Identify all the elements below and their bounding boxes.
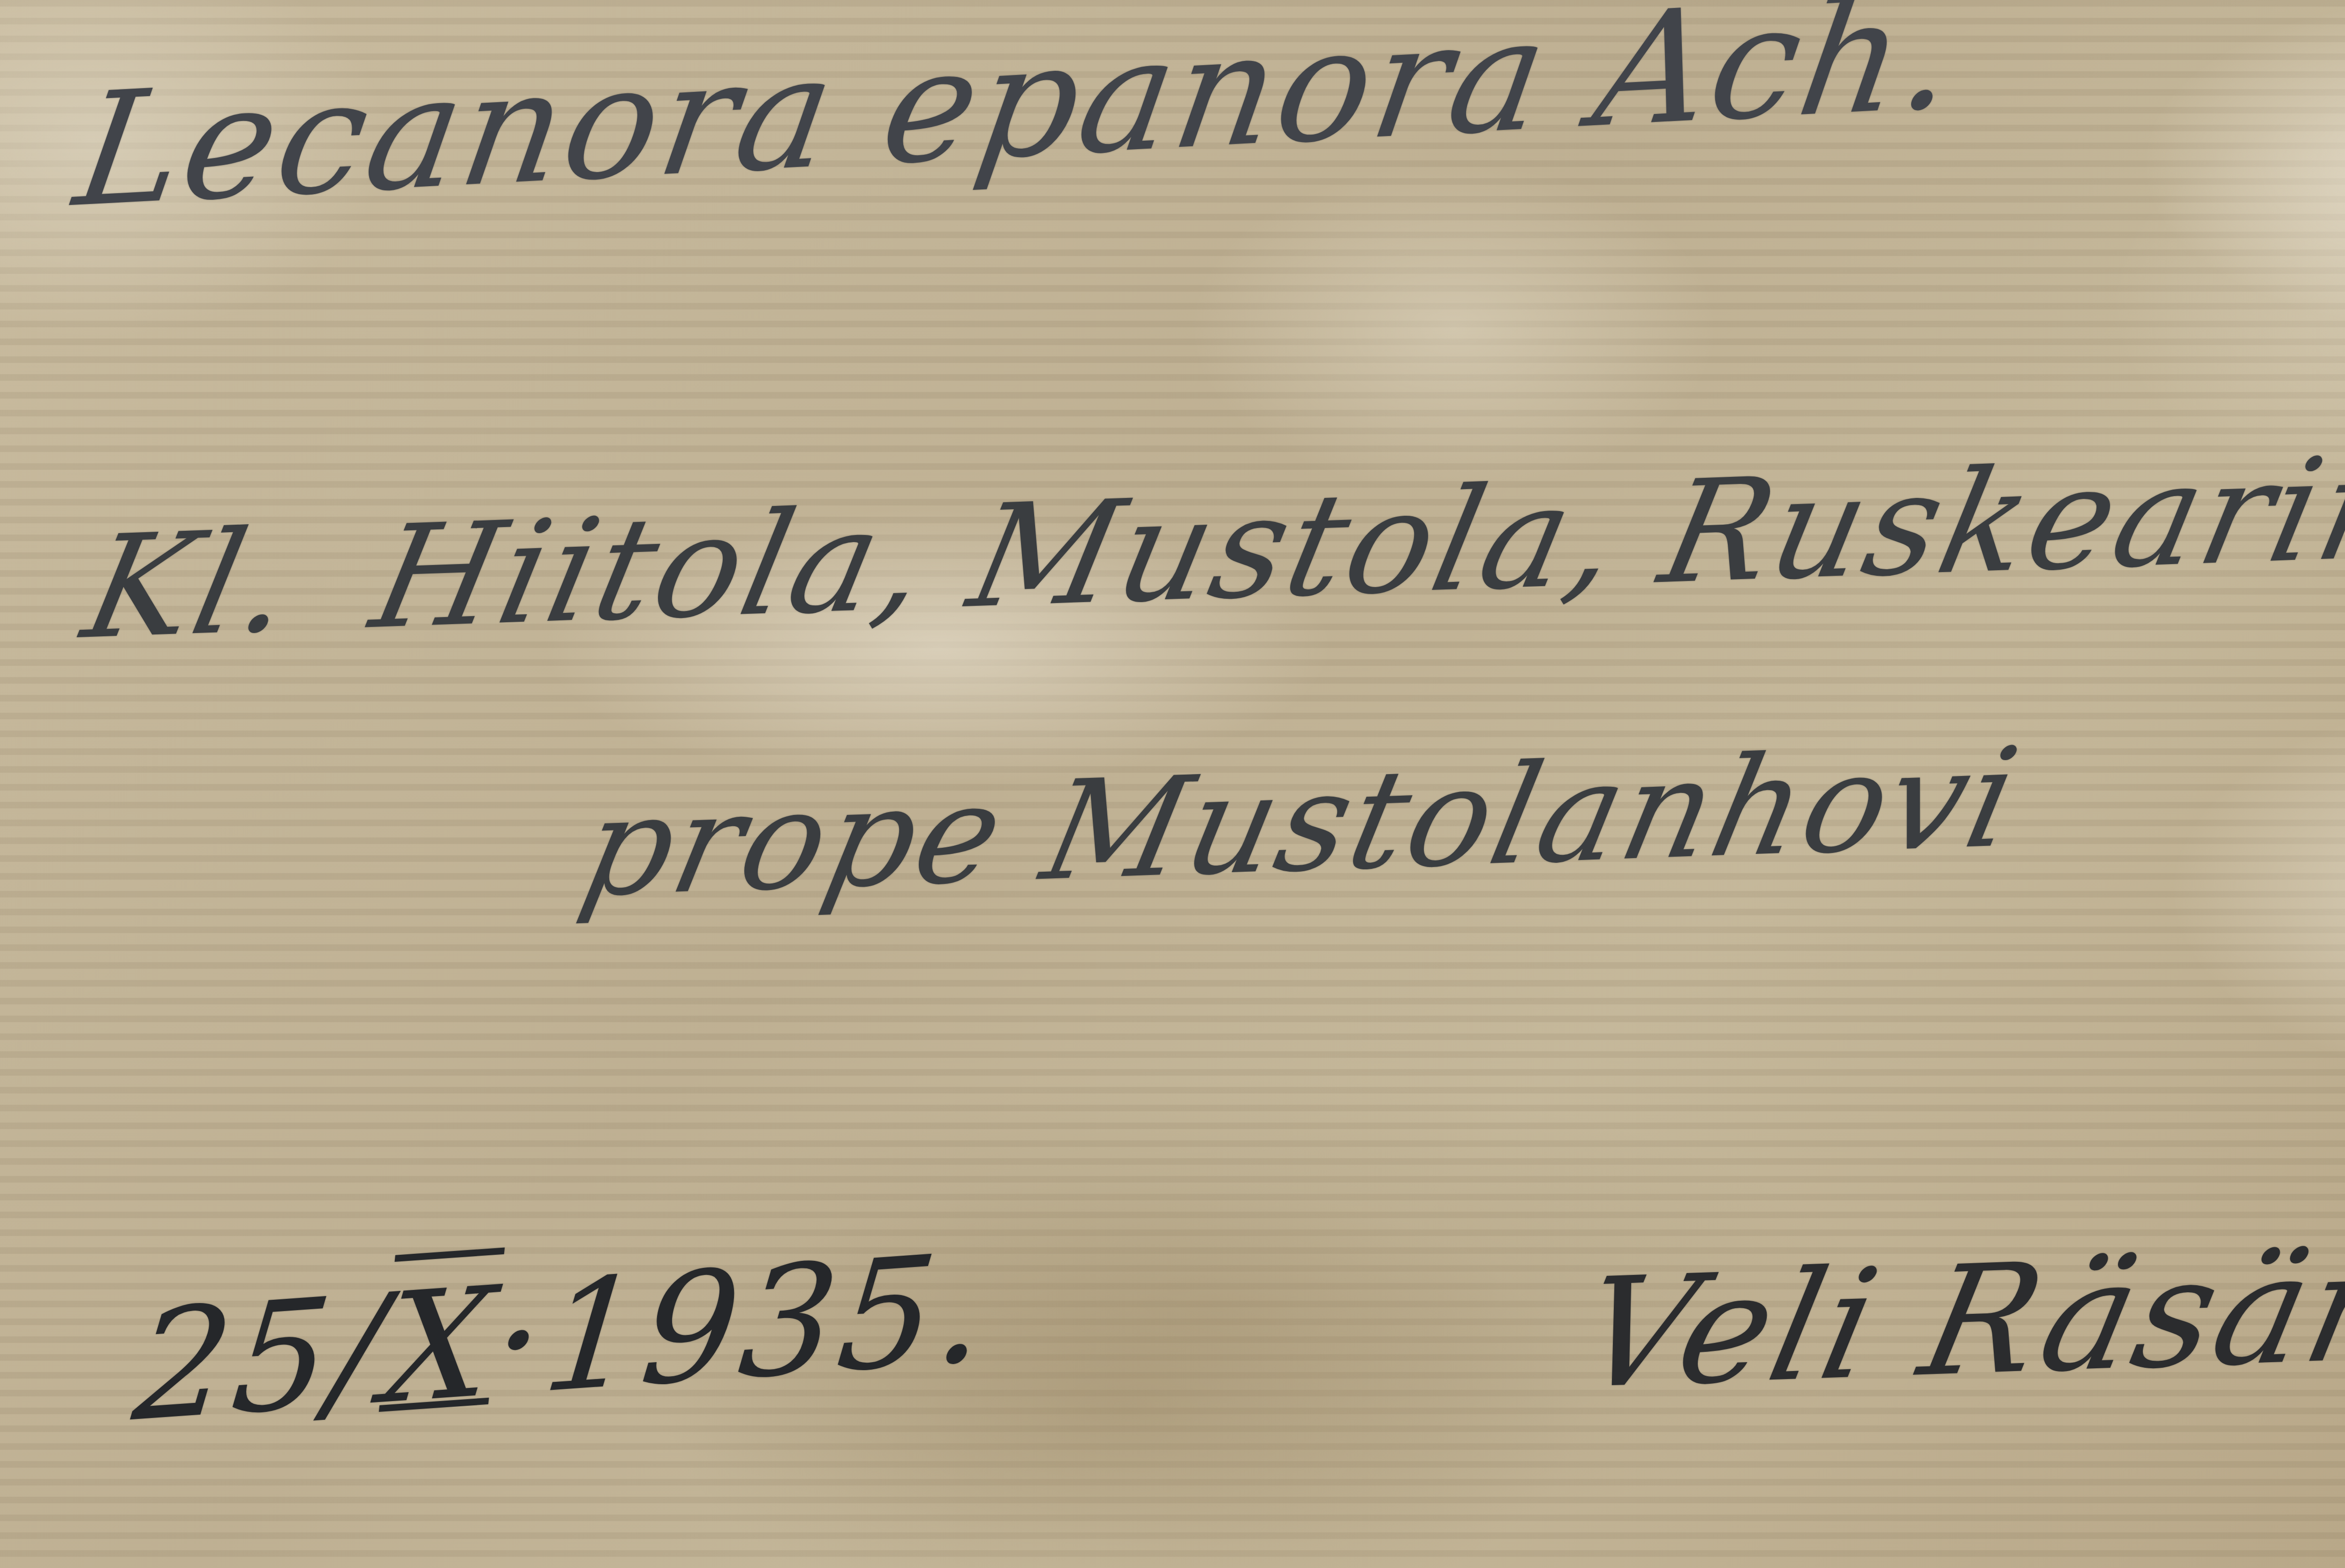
date-day: 25 [127,1266,341,1455]
locality-preposition: prope [569,754,1019,928]
province-abbrev: Kl. [72,498,310,671]
genus: Lecanora [65,21,848,242]
collection-date: 25/X·1935. [127,1220,997,1455]
municipality: Hiitola [360,478,897,661]
locality-near: Mustolanhovi [1031,718,2033,912]
taxon-name: Lecanora epanora Ach. [65,0,1971,242]
epithet: epanora [871,0,1561,200]
locality-line-2: prope Mustolanhovi [569,718,2033,927]
authority: Ach. [1584,0,1971,162]
herbarium-label: Lecanora epanora Ach. Kl. Hiitola, Musto… [0,0,2345,1568]
village: Mustola [957,454,1589,640]
site: Ruskearinta [1649,420,2345,616]
date-month-roman: X [376,1254,504,1438]
date-year: 1935. [536,1220,997,1427]
locality-line-1: Kl. Hiitola, Mustola, Ruskearinta [72,420,2345,671]
collector-signature: Veli Räsänen [1566,1211,2345,1423]
